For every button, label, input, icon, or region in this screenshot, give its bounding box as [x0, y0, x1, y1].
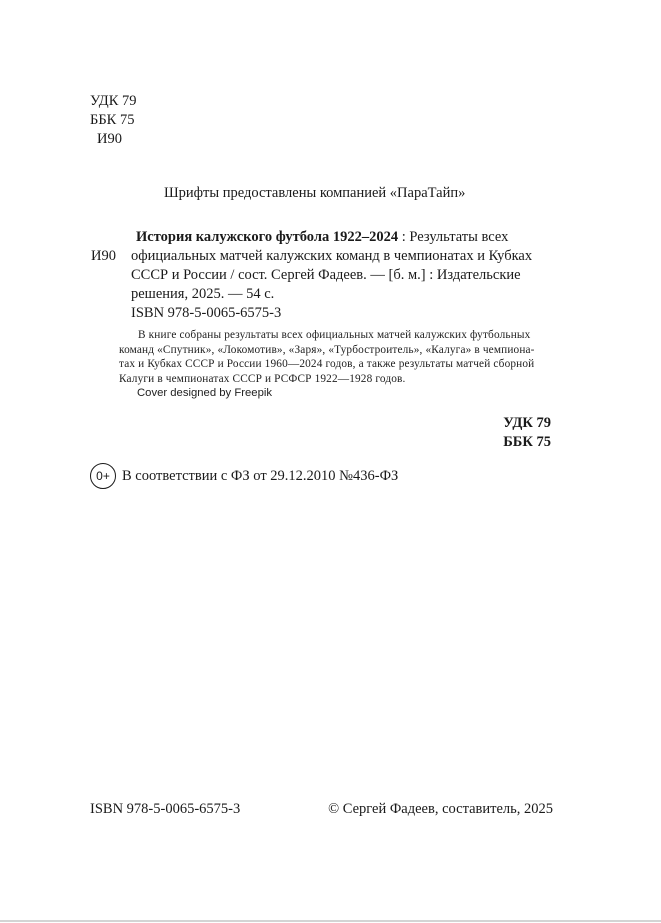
fonts-credit: Шрифты предоставлены компанией «ПараТайп… [164, 184, 465, 203]
record-line: решения, 2025. — 54 с. [131, 285, 561, 304]
udk-code: УДК 79 [90, 92, 137, 111]
record-line-title: История калужского футбола 1922–2024 : Р… [131, 228, 561, 247]
record-author-mark: И90 [91, 247, 116, 266]
udk-code: УДК 79 [503, 414, 551, 433]
classification-codes-right: УДК 79 ББК 75 [503, 414, 551, 452]
annotation-line: Калуги в чемпионатах СССР и РСФСР 1922—1… [119, 372, 559, 387]
author-mark: И90 [90, 130, 137, 149]
imprint-page: УДК 79 ББК 75 И90 Шрифты предоставлены к… [0, 0, 661, 922]
bbk-code: ББК 75 [90, 111, 137, 130]
annotation: В книге собраны результаты всех официаль… [119, 328, 559, 386]
age-rating-badge-icon: 0+ [90, 463, 116, 489]
record-subtitle: : Результаты всех [398, 229, 508, 245]
cover-credit: Cover designed by Freepik [137, 386, 272, 401]
annotation-line: тах и Кубках СССР и России 1960—2024 год… [119, 357, 559, 372]
footer-isbn: ISBN 978-5-0065-6575-3 [90, 800, 240, 819]
bbk-code: ББК 75 [503, 433, 551, 452]
age-rating: 0+ В соответствии с ФЗ от 29.12.2010 №43… [90, 463, 398, 489]
footer-copyright: © Сергей Фадеев, составитель, 2025 [328, 800, 553, 819]
record-line: СССР и России / сост. Сергей Фадеев. — [… [131, 266, 561, 285]
book-title: История калужского футбола 1922–2024 [136, 229, 398, 245]
record-isbn: ISBN 978-5-0065-6575-3 [131, 304, 561, 323]
annotation-line: команд «Спутник», «Локомотив», «Заря», «… [119, 343, 559, 358]
classification-codes-top: УДК 79 ББК 75 И90 [90, 92, 137, 149]
age-rating-text: В соответствии с ФЗ от 29.12.2010 №436-Ф… [122, 467, 398, 486]
bibliographic-record: История калужского футбола 1922–2024 : Р… [131, 228, 561, 323]
record-line: официальных матчей калужских команд в че… [131, 247, 561, 266]
annotation-line: В книге собраны результаты всех официаль… [119, 328, 559, 343]
